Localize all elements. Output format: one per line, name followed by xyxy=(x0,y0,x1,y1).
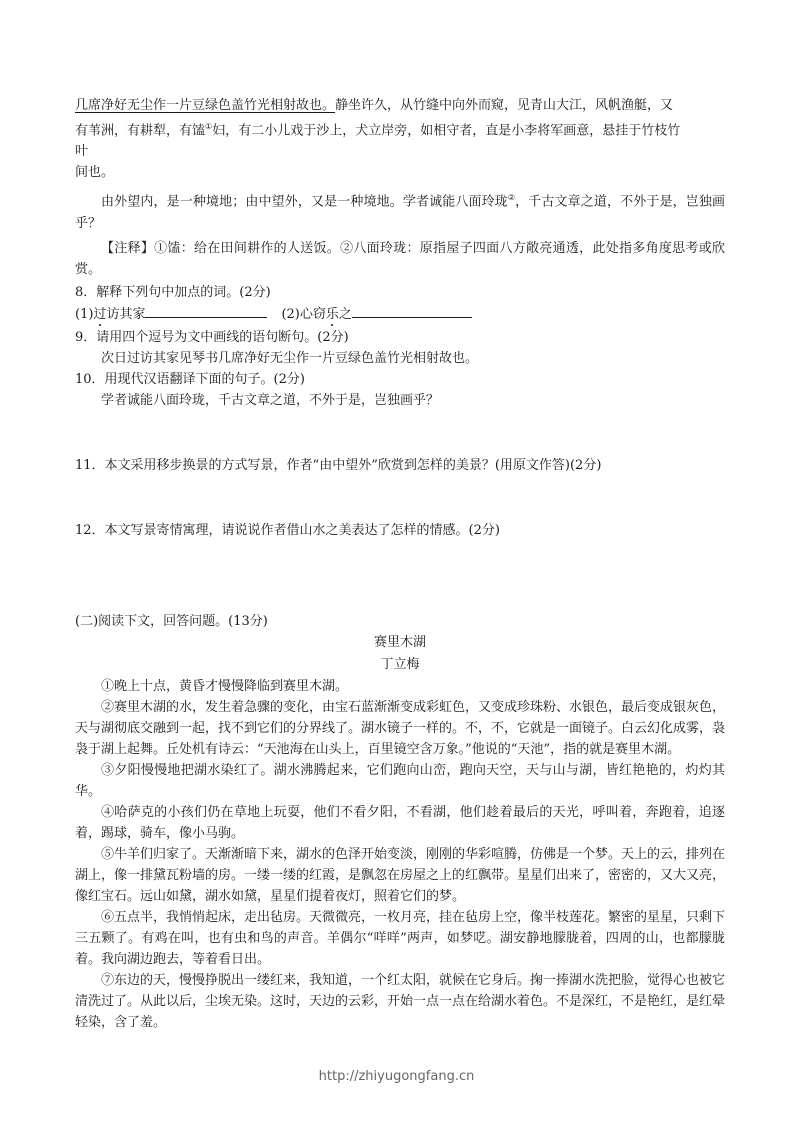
passage-line-1: 几席净好无尘作一片豆绿色盖竹光相射故也。静坐许久，从竹缝中向外而窥，见青山大江，… xyxy=(75,95,725,116)
article-paragraph-4: ④哈萨克的小孩们仍在草地上玩耍，他们不看夕阳，不看湖，他们趁着最后的天光，呼叫着… xyxy=(75,802,725,844)
question-12-title: 12．本文写景寄情寓理，请说说作者借山水之美表达了怎样的情感。(2分) xyxy=(75,520,725,541)
article-title: 赛里木湖 xyxy=(75,632,725,654)
question-10-sentence: 学者诚能八面玲珑，千古文章之道，不外于是，岂独画乎？ xyxy=(75,390,725,411)
passage-line-3: 叶 xyxy=(75,141,725,162)
article-paragraph-2: ②赛里木湖的水，发生着急骤的变化，由宝石蓝渐渐变成彩虹色，又变成珍珠粉、水银色，… xyxy=(75,697,725,760)
article-paragraph-1: ①晚上十点，黄昏才慢慢降临到赛里木湖。 xyxy=(75,676,725,697)
question-9-title: 9．请用四个逗号为文中画线的语句断句。(2分) xyxy=(75,327,725,348)
question-8-items: (1)过访其家(2)心窃乐之 xyxy=(75,303,725,325)
section-2-heading: (二)阅读下文，回答问题。(13分) xyxy=(75,611,725,632)
answer-space-12 xyxy=(75,541,725,611)
passage-line-4: 间也。 xyxy=(75,162,725,183)
annotation-note: 【注释】①馌：给在田间耕作的人送饭。②八面玲珑：原指屋子四面八方敞亮通透，此处指… xyxy=(75,238,725,280)
article-author: 丁立梅 xyxy=(75,654,725,676)
passage-paragraph-2: 由外望内，是一种境地；由中望外，又是一种境地。学者诚能八面玲珑②，千古文章之道，… xyxy=(75,187,725,233)
underlined-sentence: 几席净好无尘作一片豆绿色盖竹光相射故也。 xyxy=(75,98,335,113)
article-paragraph-6: ⑥五点半，我悄悄起床，走出毡房。天微微亮，一枚月亮，挂在毡房上空，像半枝莲花。繁… xyxy=(75,907,725,970)
answer-space-10 xyxy=(75,411,725,455)
footer-url: http://zhiyugongfang.cn xyxy=(0,1069,793,1084)
article-paragraph-3: ③夕阳慢慢地把湖水染红了。湖水沸腾起来，它们跑向山峦，跑向天空，天与山与湖，皆红… xyxy=(75,760,725,802)
dotted-char-2: 乐 xyxy=(326,307,339,322)
article-paragraph-7: ⑦东边的天，慢慢挣脱出一缕红来，我知道，一个红太阳，就候在它身后。掬一捧湖水洗把… xyxy=(75,970,725,1033)
document-page: 几席净好无尘作一片豆绿色盖竹光相射故也。静坐许久，从竹缝中向外而窥，见青山大江，… xyxy=(75,95,725,1033)
question-11-title: 11．本文采用移步换景的方式写景，作者“由中望外”欣赏到怎样的美景？(用原文作答… xyxy=(75,455,725,476)
article-paragraph-5: ⑤牛羊们归家了。天渐渐暗下来，湖水的色泽开始变淡，刚刚的华彩喧腾，仿佛是一个梦。… xyxy=(75,844,725,907)
question-10-title: 10．用现代汉语翻译下面的句子。(2分) xyxy=(75,369,725,390)
dotted-char-1: 过 xyxy=(93,307,106,322)
question-8-title: 8．解释下列句中加点的词。(2分) xyxy=(75,282,725,303)
passage-line-2: 有苇洲，有耕犁，有馌①妇，有二小儿戏于沙上，犬立岸旁，如相守者，直是小李将军画意… xyxy=(75,116,725,141)
answer-blank-2[interactable] xyxy=(352,303,472,318)
answer-space-11 xyxy=(75,476,725,520)
question-9-sentence: 次日过访其家见琴书几席净好无尘作一片豆绿色盖竹光相射故也。 xyxy=(75,348,725,369)
answer-blank-1[interactable] xyxy=(145,303,267,318)
